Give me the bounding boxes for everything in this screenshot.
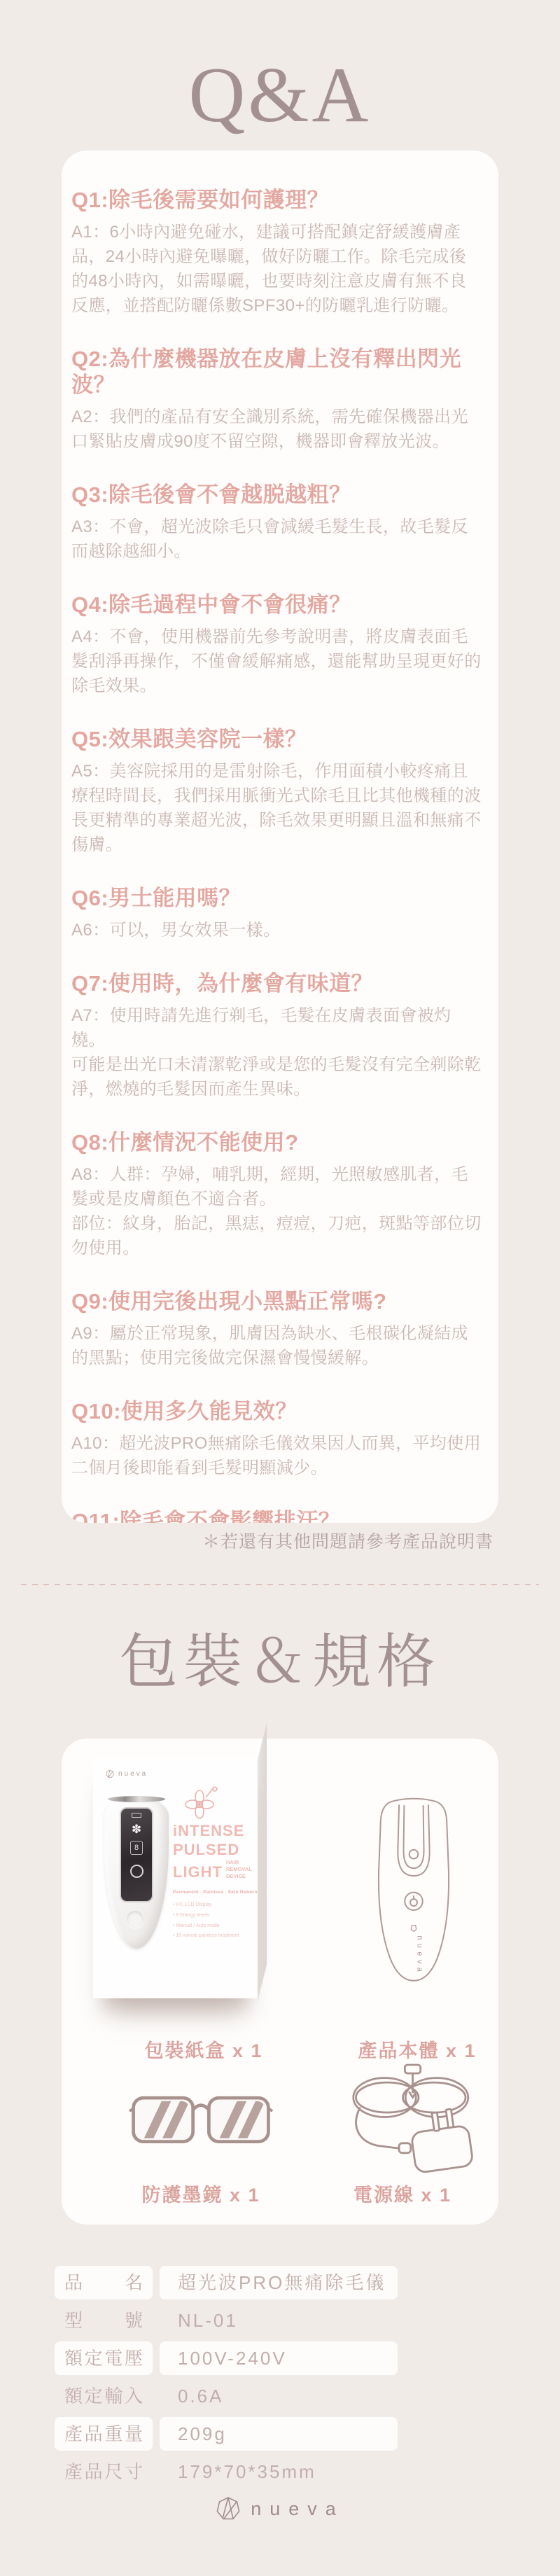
box-front-face: nueva ✽ 8 (93, 1757, 258, 1998)
answer: A4：不會，使用機器前先參考說明書，將皮膚表面毛髮刮淨再操作，不僅會緩解痛感，還… (71, 625, 482, 698)
spec-value: 179*70*35mm (160, 2455, 398, 2488)
question: Q10:使用多久能見效？ (71, 1398, 482, 1424)
answer: A5：美容院採用的是雷射除毛，作用面積小較疼痛且療程時間長，我們採用脈衝光式除毛… (71, 759, 482, 857)
answer: A3：不會，超光波除毛只會減緩毛髮生長，故毛髮反而越除越細小。 (71, 515, 482, 564)
qa-item: Q2:為什麼機器放在皮膚上沒有釋出閃光波？A2：我們的產品有安全識別系統，需先確… (71, 346, 482, 454)
device-outline-icon: nueva (372, 1786, 455, 1993)
answer: A8：人群：孕婦，哺乳期，經期，光照敏感肌者，毛髮或是皮膚顏色不適合者。 部位：… (71, 1162, 482, 1260)
qa-footnote: ＊若還有其他問題請參考產品說明書 (202, 1528, 493, 1553)
answer: A10：超光波PRO無痛除毛儀效果因人而異，平均使用二個月後即能看到毛髮明顯減少… (71, 1431, 482, 1480)
question: Q9:使用完後出現小黑點正常嗎? (71, 1288, 482, 1314)
polygon-logo-icon (106, 1769, 114, 1778)
spec-label: 產品尺寸 (55, 2455, 153, 2488)
power-cable-icon (342, 2062, 485, 2182)
footer-logo: nueva (0, 2495, 560, 2522)
qa-item: Q10:使用多久能見效？A10：超光波PRO無痛除毛儀效果因人而異，平均使用二個… (71, 1398, 482, 1480)
spec-value: 超光波PRO無痛除毛儀 (160, 2266, 398, 2299)
box-subtitle: HAIR REMOVAL DEVICE (226, 1859, 252, 1880)
spec-row: 產品尺寸 179*70*35mm (55, 2455, 447, 2488)
box-text-column: iNTENSE PULSED LIGHT HAIR REMOVAL DEVICE… (173, 1785, 251, 1942)
box-tagline: Permanent . Painless . Skin Reborn (173, 1890, 251, 1895)
answer: A9：屬於正常現象，肌膚因為缺水、毛根碳化凝結成的黑點；使用完後做完保濕會慢慢緩… (71, 1321, 482, 1370)
question: Q7:使用時，為什麼會有味道？ (71, 970, 482, 996)
box-brand: nueva (106, 1769, 148, 1778)
spec-row: 產品重量 209g (55, 2417, 447, 2451)
question: Q3:除毛後會不會越脱越粗？ (71, 482, 482, 508)
spec-value: 100V-240V (160, 2341, 398, 2375)
box-feature: Manual / Auto mode (173, 1921, 251, 1932)
qa-item: Q3:除毛後會不會越脱越粗？A3：不會，超光波除毛只會減緩毛髮生長，故毛髮反而越… (71, 482, 482, 564)
figure-packaging-box: nueva ✽ 8 (93, 1757, 268, 2037)
brand-logo-icon (216, 2495, 241, 2522)
question: Q11:除毛會不會影響排汗？ (71, 1508, 482, 1523)
question: Q5:效果跟美容院一樣？ (71, 726, 482, 752)
flash-button (127, 1911, 143, 1928)
spec-row: 額定電壓 100V-240V (55, 2341, 447, 2375)
packaging-section-title: 包裝＆規格 (0, 1615, 560, 1699)
spec-row: 額定輸入 0.6A (55, 2379, 447, 2413)
qa-item: Q9:使用完後出現小黑點正常嗎?A9：屬於正常現象，肌膚因為缺水、毛根碳化凝結成… (71, 1288, 482, 1370)
brand-name: nueva (251, 2498, 344, 2520)
flower-icon (183, 1785, 219, 1821)
dashed-divider (21, 1584, 539, 1585)
qa-item: Q1:除毛後需要如何護理？A1：6小時內避免碰水，建議可搭配鎮定舒緩護膚產品，2… (71, 187, 482, 318)
answer: A2：我們的產品有安全識別系統，需先確保機器出光口緊貼皮膚成90度不留空隙，機器… (71, 405, 482, 454)
caption-box: 包裝紙盒 x 1 (144, 2035, 262, 2063)
answer: A7：使用時請先進行剃毛，毛髮在皮膚表面會被灼燒。 可能是出光口未清潔乾淨或是您… (71, 1003, 482, 1101)
question: Q8:什麼情況不能使用? (71, 1129, 482, 1155)
figure-device-outline: nueva (372, 1786, 455, 1993)
mini-device: ✽ 8 (104, 1797, 169, 1949)
caption-cable: 電源線 x 1 (353, 2180, 451, 2207)
spec-value: 0.6A (160, 2379, 398, 2413)
power-icon (410, 1895, 417, 1906)
level-indicator: 8 (130, 1841, 143, 1855)
qa-item: Q8:什麼情況不能使用?A8：人群：孕婦，哺乳期，經期，光照敏感肌者，毛髮或是皮… (71, 1129, 482, 1260)
fan-icon: ✽ (132, 1823, 141, 1835)
caption-goggles: 防護墨鏡 x 1 (141, 2180, 260, 2207)
box-title-line: iNTENSE (173, 1821, 251, 1840)
spec-label: 額定電壓 (55, 2341, 153, 2375)
box-feature: 10 minute painless treatment (173, 1931, 251, 1942)
product-page: Q&A Q1:除毛後需要如何護理？A1：6小時內避免碰水，建議可搭配鎮定舒緩護膚… (0, 0, 560, 2576)
question: Q4:除毛過程中會不會很痛？ (71, 592, 482, 618)
spec-value: 209g (160, 2417, 398, 2451)
qa-item: Q7:使用時，為什麼會有味道？A7：使用時請先進行剃毛，毛髮在皮膚表面會被灼燒。… (71, 970, 482, 1101)
goggles-icon (128, 2090, 274, 2159)
qa-card: Q1:除毛後需要如何護理？A1：6小時內避免碰水，建議可搭配鎮定舒緩護膚產品，2… (62, 151, 498, 1523)
answer: A1：6小時內避免碰水，建議可搭配鎮定舒緩護膚產品，24小時內避免曝曬，做好防曬… (71, 220, 482, 318)
figure-power-cable (342, 2062, 485, 2182)
box-title-line: LIGHT (173, 1863, 223, 1881)
question: Q6:男士能用嗎？ (71, 885, 482, 911)
spec-label: 額定輸入 (55, 2379, 153, 2413)
device-brand-vertical: nueva (415, 1935, 423, 1975)
qa-item: Q11:除毛會不會影響排汗？A11：不會，在皮膚構造中，毛囊與汗腺均為獨立的組織… (71, 1508, 482, 1523)
spec-row: 型號 NL-01 (55, 2304, 447, 2337)
spec-label: 型號 (55, 2304, 153, 2337)
qa-item: Q6:男士能用嗎？A6：可以，男女效果一樣。 (71, 885, 482, 942)
caption-device: 產品本體 x 1 (358, 2035, 476, 2063)
spec-table: 品名 超光波PRO無痛除毛儀 型號 NL-01 額定電壓 100V-240V 額… (55, 2266, 447, 2493)
figure-goggles (128, 2090, 274, 2159)
spec-value: NL-01 (160, 2304, 398, 2337)
battery-icon (132, 1813, 141, 1818)
qa-item: Q5:效果跟美容院一樣？A5：美容院採用的是雷射除毛，作用面積小較疼痛且療程時間… (71, 726, 482, 857)
spec-label: 產品重量 (55, 2417, 153, 2451)
box-feature: 8 Energy levels (173, 1911, 251, 1921)
box-title-line: PULSED (173, 1840, 251, 1859)
box-feature: IPL LCD Display (173, 1900, 251, 1911)
box-brand-name: nueva (118, 1770, 148, 1778)
spec-row: 品名 超光波PRO無痛除毛儀 (55, 2266, 447, 2299)
question: Q1:除毛後需要如何護理？ (71, 187, 482, 213)
box-side-panel (258, 1723, 267, 2001)
question: Q2:為什麼機器放在皮膚上沒有釋出閃光波？ (71, 346, 482, 398)
flower-illustration (183, 1785, 251, 1821)
ring-button-icon (130, 1865, 143, 1878)
spec-label: 品名 (55, 2266, 153, 2299)
packaging-card: nueva ✽ 8 (62, 1739, 498, 2225)
qa-item: Q4:除毛過程中會不會很痛？A4：不會，使用機器前先參考說明書，將皮膚表面毛髮刮… (71, 592, 482, 698)
box-feature-list: IPL LCD Display 8 Energy levels Manual /… (173, 1900, 251, 1942)
answer: A6：可以，男女效果一樣。 (71, 918, 482, 942)
device-screen: ✽ 8 (120, 1807, 153, 1902)
qa-section-title: Q&A (0, 50, 560, 141)
